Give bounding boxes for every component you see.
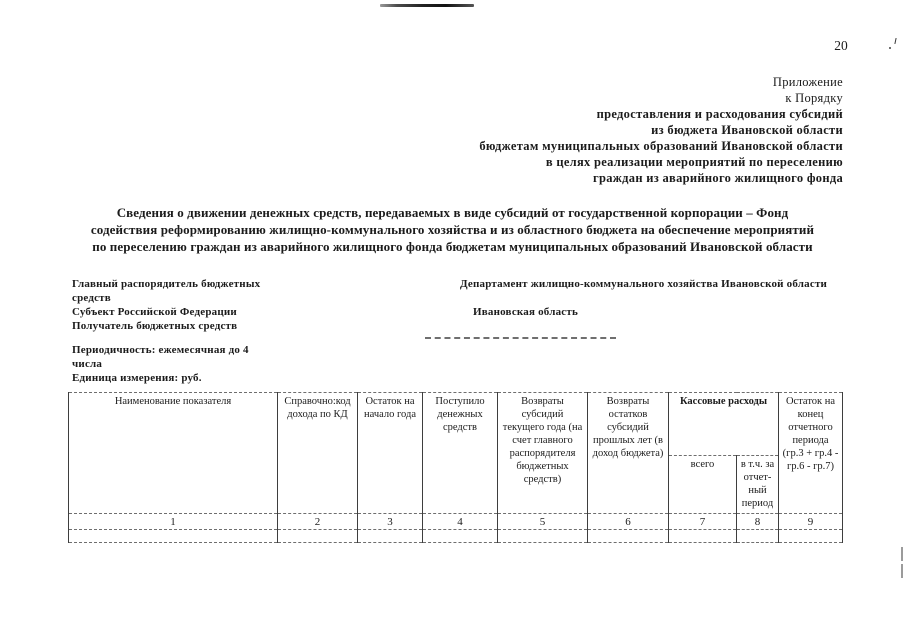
info-labels-block: Главный распорядитель бюджетных средств … [72, 277, 312, 385]
empty-cell [779, 530, 843, 543]
column-numbers-row: 1 2 3 4 5 6 7 8 9 [69, 514, 843, 530]
label-subject: Субъект Российской Федерации [72, 305, 312, 319]
empty-cell [423, 530, 498, 543]
col-header-cash-total: всего [669, 456, 737, 514]
col-header-balance-start: Остаток на начало года [358, 393, 423, 514]
document-title-line: по переселению граждан из аварийного жил… [40, 238, 865, 255]
scan-artifact-dot [889, 47, 891, 49]
appendix-line: предоставления и расходования субсидий [479, 106, 843, 122]
col-header-cash-expenses: Кассовые расходы [669, 393, 779, 456]
document-title-line: содействия реформированию жилищно-коммун… [40, 221, 865, 238]
unit-of-measure: Единица измерения: руб. [72, 371, 312, 385]
col-header-balance-end: Остаток на конец отчетного периода (гр.3… [779, 393, 843, 514]
periodicity-line: числа [72, 357, 312, 371]
col-header-returns-past: Возвраты остатков субсидий прошлых лет (… [588, 393, 669, 514]
label-grbs-cont: средств [72, 291, 312, 305]
appendix-line: граждан из аварийного жилищного фонда [479, 170, 843, 186]
empty-cell [737, 530, 779, 543]
page-number: 20 [826, 38, 856, 54]
scan-artifact-vline [901, 547, 903, 561]
appendix-line: к Порядку [479, 90, 843, 106]
col-header-code: Справочно:код дохода по КД [278, 393, 358, 514]
column-number: 9 [779, 514, 843, 530]
empty-cell [358, 530, 423, 543]
empty-cell [278, 530, 358, 543]
empty-cell [588, 530, 669, 543]
scan-artifact-tick [894, 38, 896, 44]
appendix-line: в целях реализации мероприятий по пересе… [479, 154, 843, 170]
label-grbs: Главный распорядитель бюджетных [72, 277, 312, 291]
empty-cell [498, 530, 588, 543]
column-number: 4 [423, 514, 498, 530]
column-number: 5 [498, 514, 588, 530]
appendix-line: бюджетам муниципальных образований Ивано… [479, 138, 843, 154]
appendix-line: из бюджета Ивановской области [479, 122, 843, 138]
document-page: 20 Приложение к Порядку предоставления и… [0, 0, 905, 640]
receiver-blank-line [425, 337, 616, 339]
column-number: 3 [358, 514, 423, 530]
report-table: Наименование показателя Справочно:код до… [68, 392, 843, 543]
table-header-row-1: Наименование показателя Справочно:код до… [69, 393, 843, 456]
column-number: 8 [737, 514, 779, 530]
empty-cell [69, 530, 278, 543]
document-title-line: Сведения о движении денежных средств, пе… [40, 204, 865, 221]
col-header-name: Наименование показателя [69, 393, 278, 514]
column-number: 7 [669, 514, 737, 530]
scan-artifact-vline [901, 564, 903, 578]
scan-artifact-line [380, 4, 474, 7]
periodicity-block: Периодичность: ежемесячная до 4 числа [72, 343, 312, 371]
col-header-received: Поступило денежных средств [423, 393, 498, 514]
document-title: Сведения о движении денежных средств, пе… [40, 204, 865, 255]
appendix-line: Приложение [479, 74, 843, 90]
column-number: 2 [278, 514, 358, 530]
empty-data-row [69, 530, 843, 543]
subject-value: Ивановская область [473, 306, 773, 318]
column-number: 6 [588, 514, 669, 530]
col-header-cash-period: в т.ч. за отчет­ный период [737, 456, 779, 514]
label-receiver: Получатель бюджетных средств [72, 319, 312, 333]
empty-cell [669, 530, 737, 543]
grbs-value: Департамент жилищно-коммунального хозяйс… [460, 278, 840, 290]
appendix-note: Приложение к Порядку предоставления и ра… [479, 74, 843, 186]
column-number: 1 [69, 514, 278, 530]
periodicity-line: Периодичность: ежемесячная до 4 [72, 343, 312, 357]
col-header-returns-current: Возвраты субсидий текущего года (на счет… [498, 393, 588, 514]
